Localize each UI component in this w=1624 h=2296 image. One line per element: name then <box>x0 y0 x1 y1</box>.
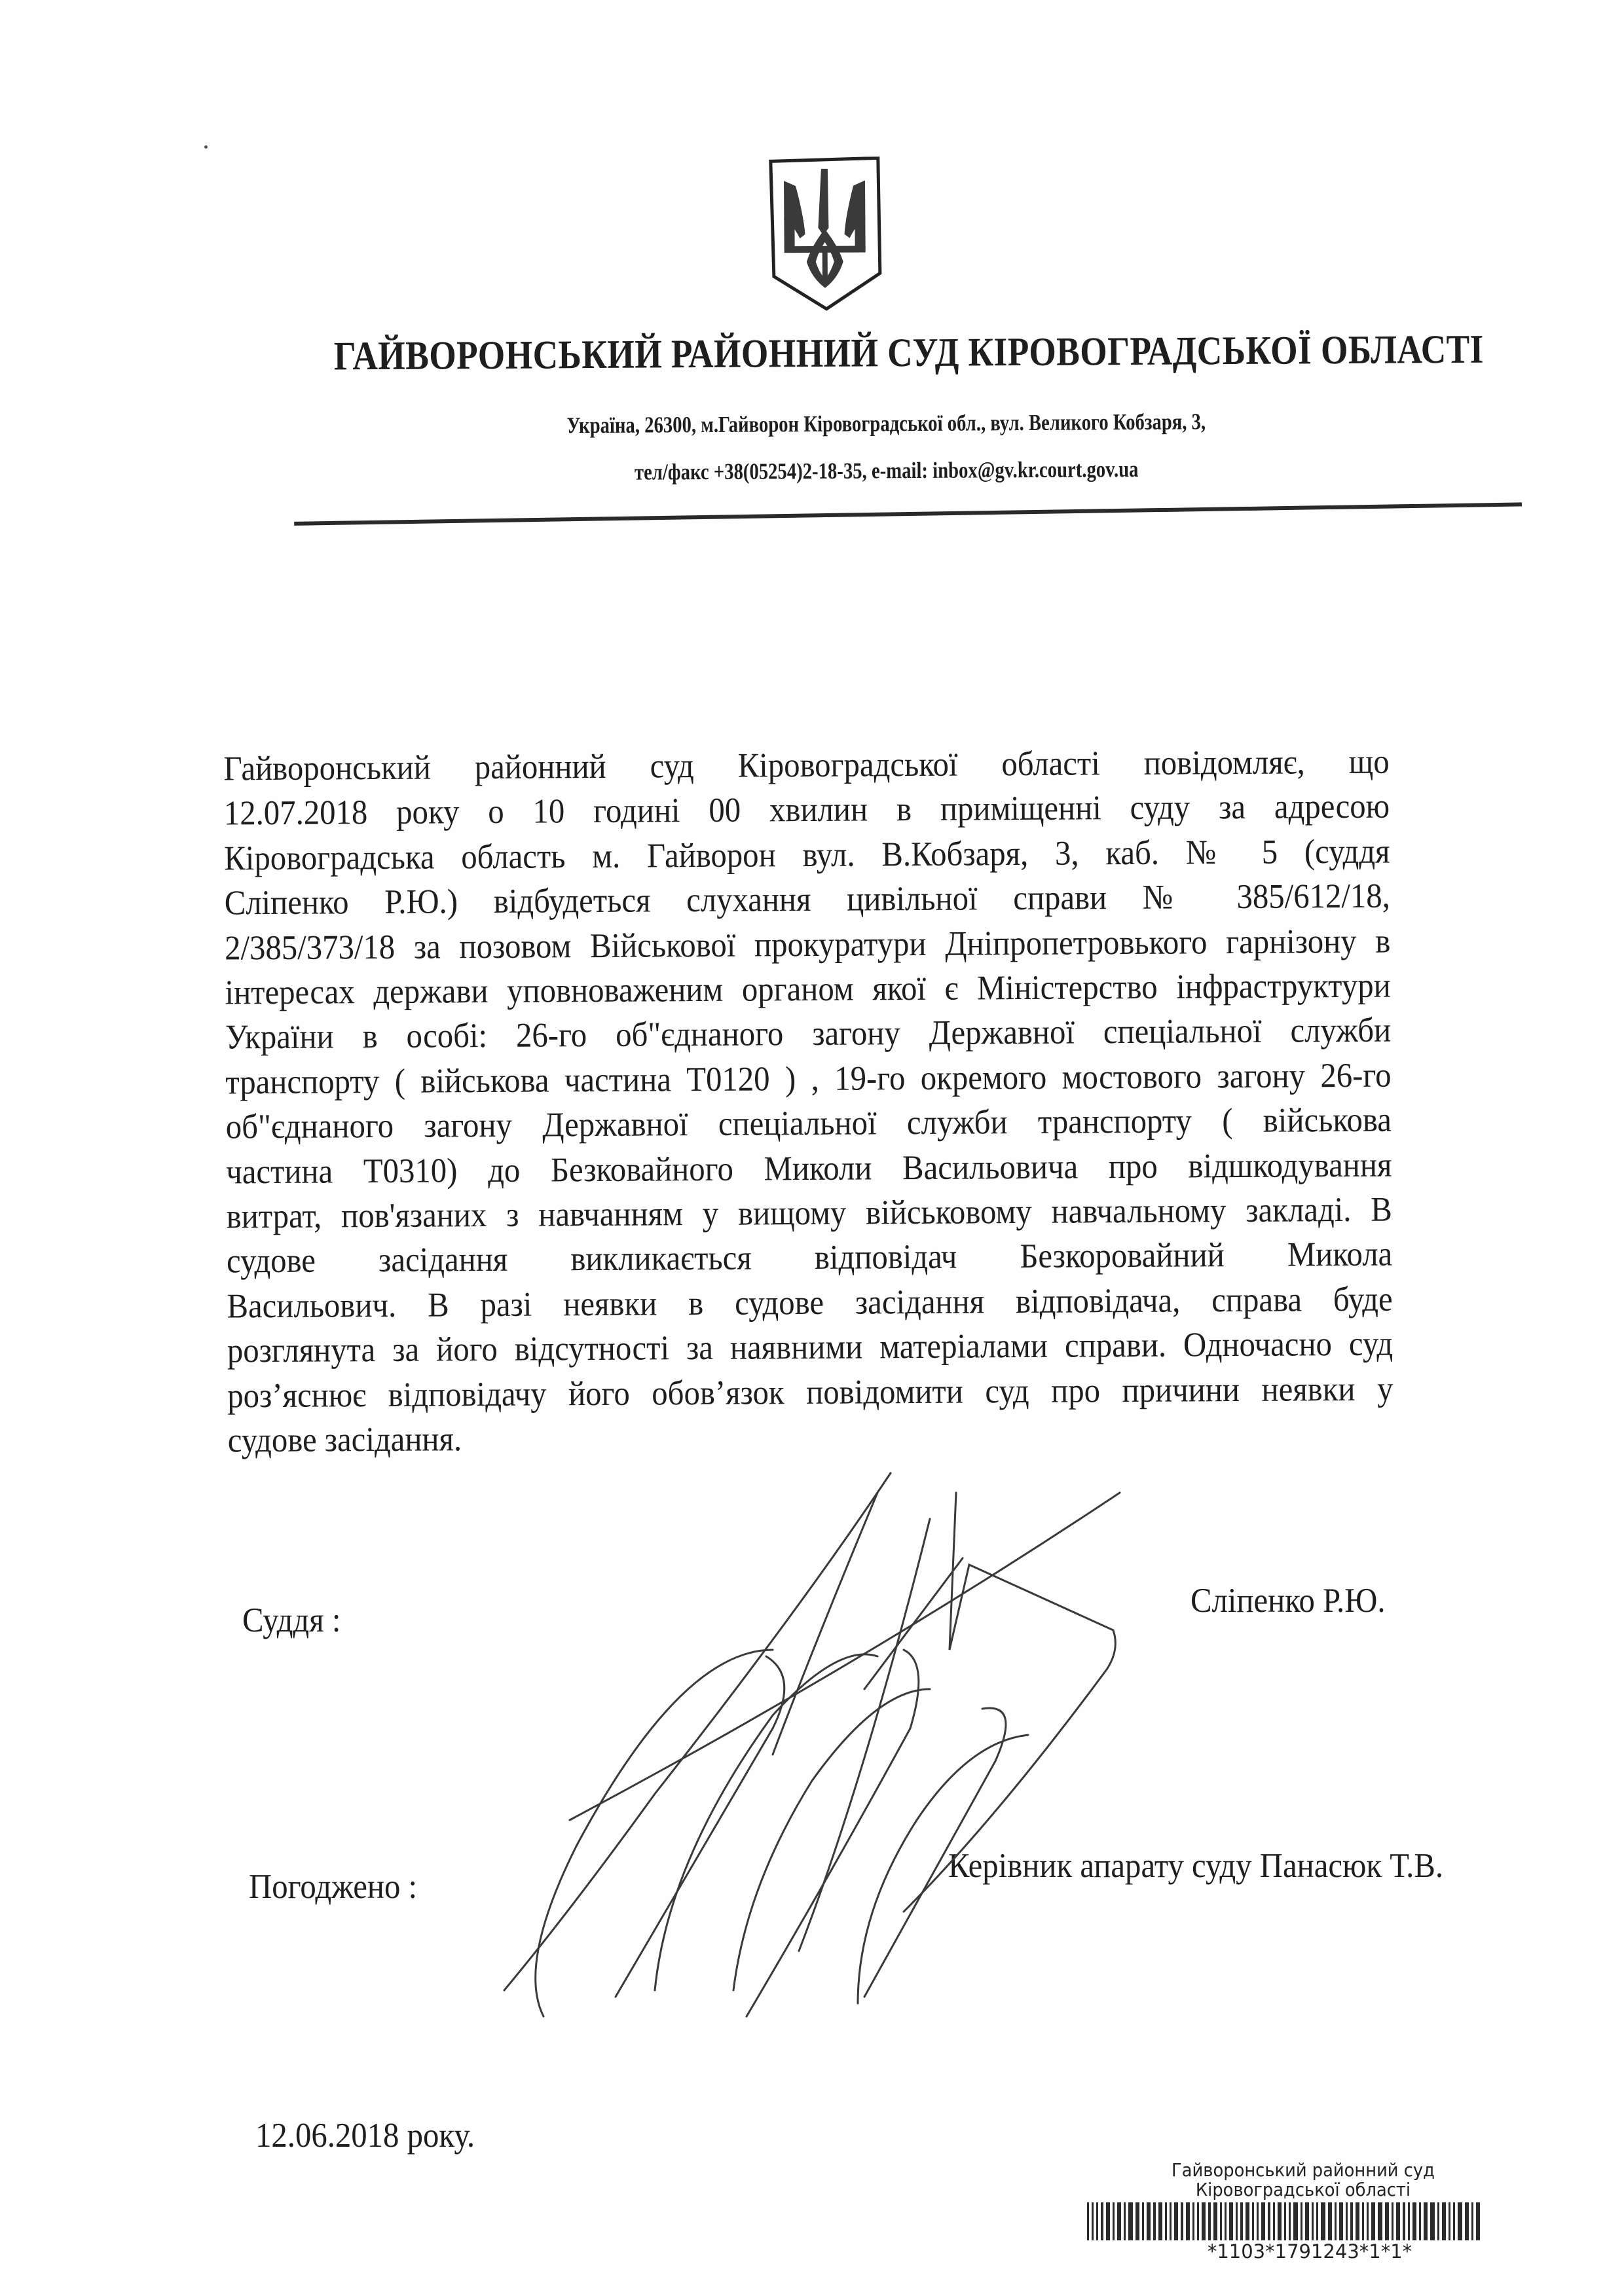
header-divider <box>294 502 1522 525</box>
chief-of-staff-name: Керівник апарату суду Панасюк Т.В. <box>948 1846 1443 1886</box>
document-page: ГАЙВОРОНСЬКИЙ РАЙОННИЙ СУД КІРОВОГРАДСЬК… <box>0 0 1624 2296</box>
stamp-court-line-1: Гайворонський районний суд <box>1141 2160 1466 2180</box>
letterhead-and-body: ГАЙВОРОНСЬКИЙ РАЙОННИЙ СУД КІРОВОГРАДСЬК… <box>0 0 1624 2296</box>
body-line: судове засідання. <box>228 1412 1394 1463</box>
judge-name: Сліпенко Р.Ю. <box>1190 1581 1386 1620</box>
body-line: транспорту ( військова частина Т0120 ) ,… <box>225 1053 1392 1104</box>
coat-of-arms-icon <box>766 156 884 314</box>
body-line: витрат, пов'язаних з навчанням у вищому … <box>226 1188 1392 1239</box>
body-line: інтересах держави уповноваженим органом … <box>225 964 1391 1015</box>
barcode-icon <box>1087 2202 1480 2240</box>
body-line: судове засідання викликається відповідач… <box>227 1232 1393 1284</box>
body-line: розглянута за його відсутності за наявни… <box>227 1322 1393 1374</box>
court-contact: тел/факс +38(05254)2-18-35, e-mail: inbo… <box>360 454 1412 487</box>
body-line: 12.07.2018 року о 10 годині 00 хвилин в … <box>224 784 1390 836</box>
document-date: 12.06.2018 року. <box>255 2116 475 2155</box>
registration-stamp: Гайворонський районний суд Кіровоградськ… <box>1087 2160 1480 2263</box>
stamp-court-line-2: Кіровоградської області <box>1141 2180 1466 2200</box>
body-line: об"єднаного загону Державної спеціальної… <box>226 1098 1392 1150</box>
body-line: Сліпенко Р.Ю.) відбудеться слухання циві… <box>225 874 1391 926</box>
body-line: Кіровоградська область м. Гайворон вул. … <box>224 829 1390 881</box>
body-line: України в особі: 26-го об"єднаного загон… <box>225 1008 1392 1060</box>
court-address: Україна, 26300, м.Гайворон Кіровоградськ… <box>360 407 1412 440</box>
body-line: Гайворонський районний суд Кіровоградськ… <box>223 740 1390 792</box>
court-name: ГАЙВОРОНСЬКИЙ РАЙОННИЙ СУД КІРОВОГРАДСЬК… <box>334 327 1438 380</box>
body-line: частина Т0310) до Безковайного Миколи Ва… <box>226 1142 1392 1194</box>
approved-label: Погоджено : <box>249 1867 417 1906</box>
barcode-id: *1103*1791243*1*1* <box>1139 2240 1480 2263</box>
body-line: Васильович. В разі неявки в судове засід… <box>227 1277 1393 1328</box>
notice-body: Гайворонський районний суд Кіровоградськ… <box>223 740 1393 1463</box>
judge-label: Суддя : <box>242 1601 341 1640</box>
body-line: роз’яснює відповідачу його обов’язок пов… <box>227 1366 1393 1418</box>
body-line: 2/385/373/18 за позовом Військової проку… <box>225 919 1391 970</box>
